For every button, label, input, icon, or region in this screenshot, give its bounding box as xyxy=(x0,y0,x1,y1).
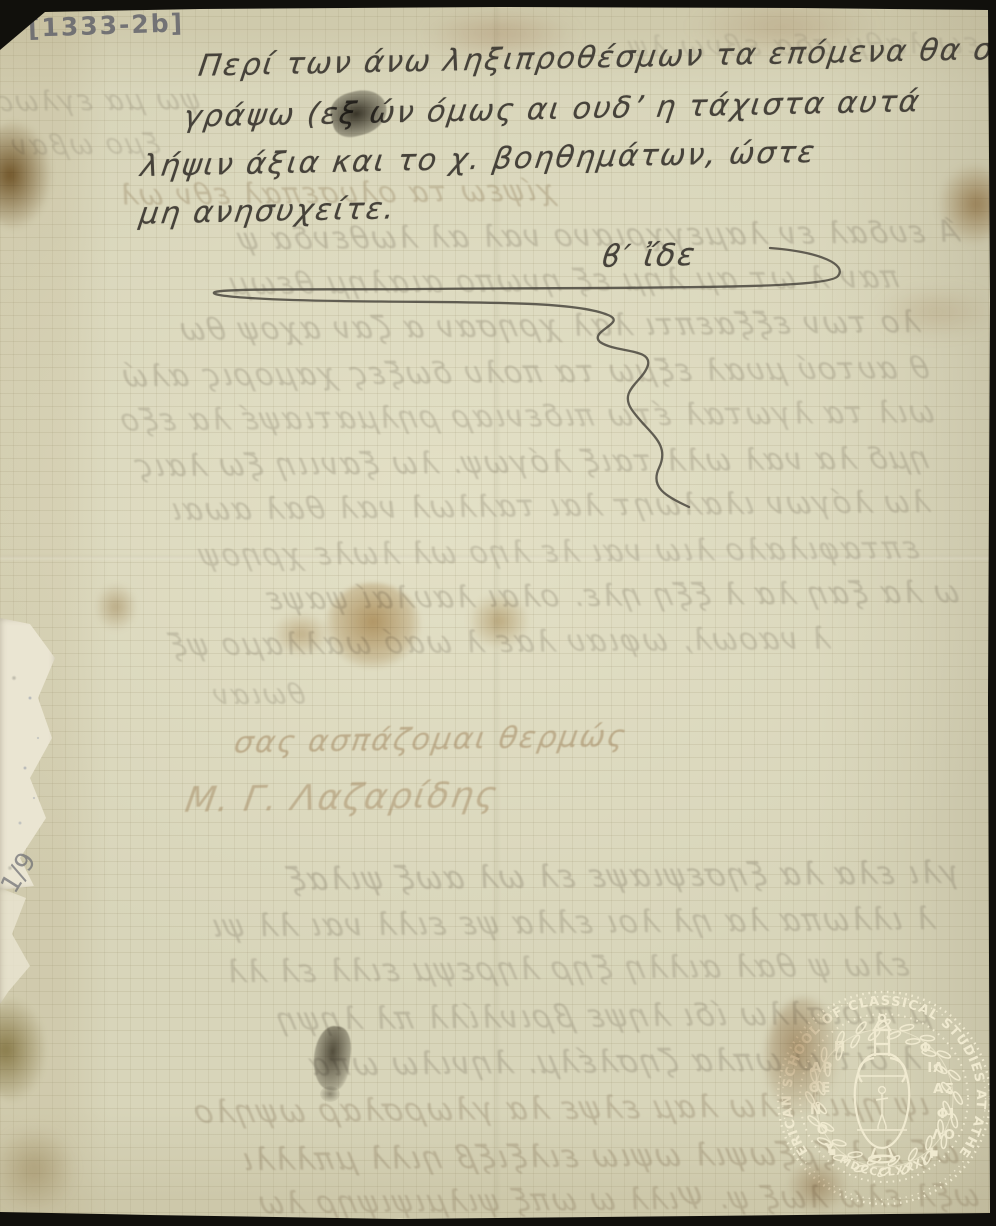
seal-amphora xyxy=(855,1015,909,1163)
svg-text:ΙΛ: ΙΛ xyxy=(927,1060,944,1076)
scanned-letter-page: εω λαθμ σδα εβνω λψψω μα εγλωσξμο ωβανχί… xyxy=(0,0,996,1226)
seal-ring-text: AMERICAN SCHOOL OF CLASSICAL STUDIES AT … xyxy=(776,982,988,1160)
svg-text:ΦΙ: ΦΙ xyxy=(937,1106,956,1122)
svg-text:Ο: Ο xyxy=(817,1122,829,1138)
letter-sheet: εω λαθμ σδα εβνω λψψω μα εγλωσξμο ωβανχί… xyxy=(0,0,996,1226)
svg-text:ΘΕ: ΘΕ xyxy=(809,1080,832,1096)
svg-text:AMERICAN SCHOOL OF CLASSICAL S: AMERICAN SCHOOL OF CLASSICAL STUDIES AT … xyxy=(776,982,988,1160)
svg-text:ΑΣ: ΑΣ xyxy=(933,1081,955,1097)
svg-text:Π: Π xyxy=(834,1039,846,1055)
svg-text:ΑΡ: ΑΡ xyxy=(811,1060,833,1076)
svg-text:Φ: Φ xyxy=(920,1040,932,1056)
svg-text:Ι: Ι xyxy=(929,1146,935,1162)
svg-text:ΛΟ: ΛΟ xyxy=(932,1127,956,1143)
ascsa-library-seal: AMERICAN SCHOOL OF CLASSICAL STUDIES AT … xyxy=(776,982,992,1222)
ink-blot xyxy=(320,1086,340,1102)
svg-text:Υ: Υ xyxy=(824,1141,836,1157)
svg-text:Ν: Ν xyxy=(810,1102,822,1118)
